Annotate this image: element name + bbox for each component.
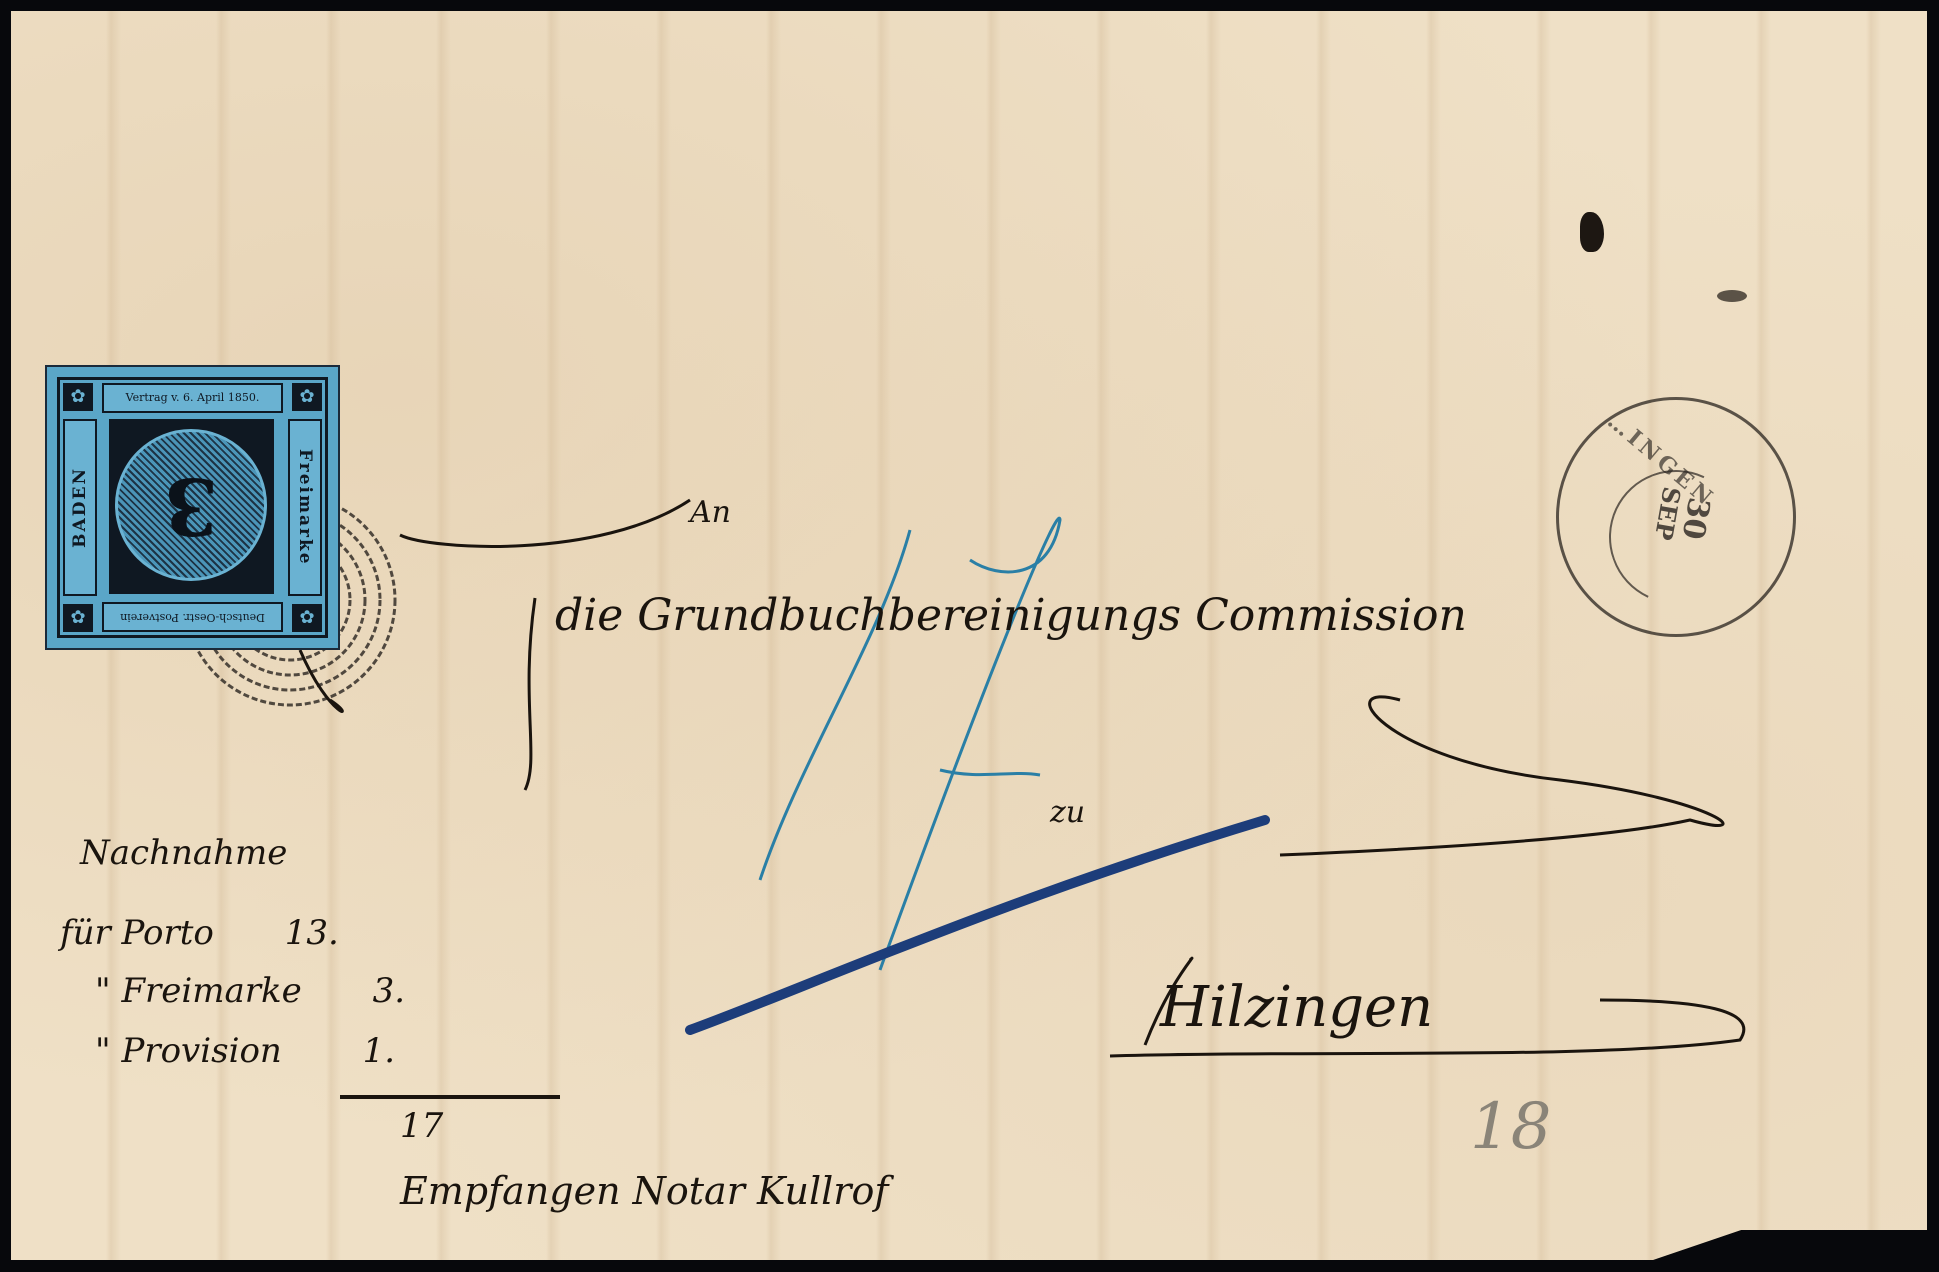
stamp-medallion: 3 [115, 429, 267, 581]
address-recipient: die Grundbuchbereinigungs Commission [555, 590, 1467, 641]
corner-ornament-icon: ✿ [63, 383, 93, 411]
stamp-side-right: Freimarke [288, 419, 322, 596]
stamp-center: 3 [109, 419, 274, 594]
corner-ornament-icon: ✿ [292, 604, 322, 632]
address-preposition: zu [1050, 795, 1085, 830]
cod-line-freimarke: " Freimarke 3. [95, 970, 405, 1012]
ink-blot [1717, 290, 1747, 302]
postage-stamp: Vertrag v. 6. April 1850. Deutsch-Oestr.… [45, 365, 340, 650]
cod-line-label: " Freimarke [95, 971, 302, 1011]
address-prefix: An [690, 495, 731, 530]
cod-line-amount: 1. [363, 1031, 395, 1071]
corner-ornament-icon: ✿ [63, 604, 93, 632]
cod-line-provision: " Provision 1. [95, 1030, 395, 1072]
cod-receipt: Empfangen Notar Kullrof [400, 1170, 888, 1212]
cod-line-label: für Porto [60, 913, 214, 953]
stamp-country: BADEN [70, 467, 90, 548]
cod-line-amount: 3. [373, 971, 405, 1011]
cod-line-porto: für Porto 13. [60, 912, 339, 954]
stamp-freimarke-label: Freimarke [295, 449, 315, 566]
cod-total: 17 [400, 1105, 443, 1147]
stamp-top-label: Vertrag v. 6. April 1850. [102, 383, 283, 413]
pencil-note: 18 [1470, 1090, 1551, 1164]
address-place: Hilzingen [1160, 975, 1433, 1040]
corner-ornament-icon: ✿ [292, 383, 322, 411]
stamp-bottom-label: Deutsch-Oestr. Postverein [102, 602, 283, 632]
stamp-side-left: BADEN [63, 419, 97, 596]
postmark: …INGEN 30 SEP [1556, 397, 1796, 637]
cod-line-amount: 13. [285, 913, 339, 953]
ink-blot [1580, 212, 1604, 252]
cod-line-label: " Provision [95, 1031, 282, 1071]
postmark-date: 30 SEP [1648, 477, 1715, 556]
stamp-value: 3 [164, 460, 218, 551]
cod-note-title: Nachnahme [80, 832, 287, 874]
